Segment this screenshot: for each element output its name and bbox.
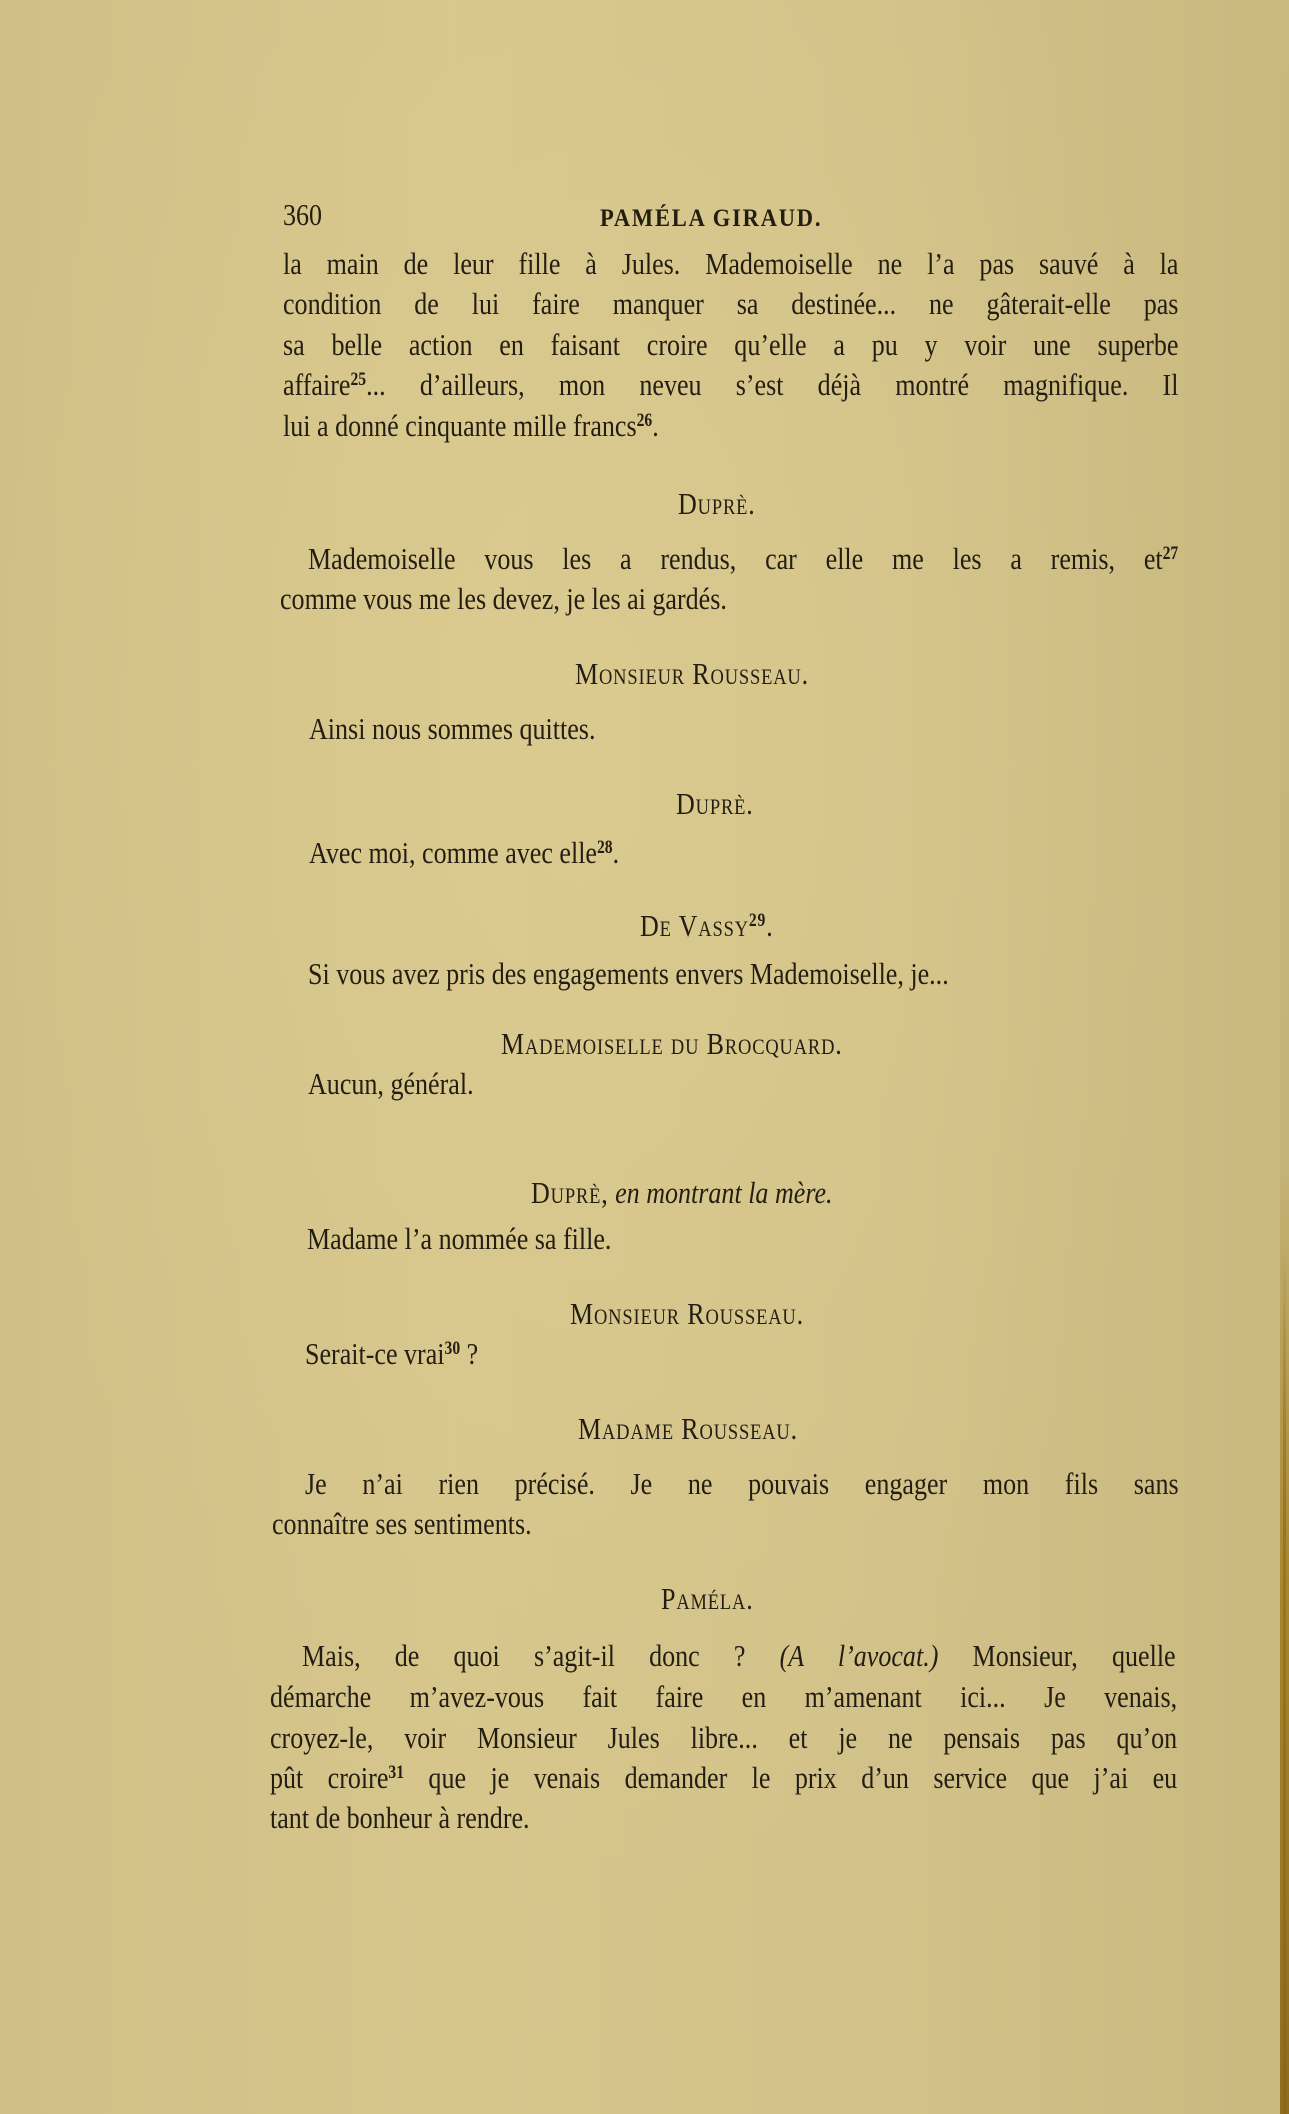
page-edge-line (1283, 1250, 1286, 2114)
speaker-name: Duprè, (531, 1175, 609, 1210)
text-line: croyez-le, voir Monsieur Jules libre... … (270, 1721, 1177, 1755)
text-line: comme vous me les devez, je les ai gardé… (280, 582, 727, 616)
text-line: Ainsi nous sommes quittes. (309, 712, 595, 746)
text-line: Serait-ce vrai30 ? (305, 1337, 478, 1371)
text-line: démarche m’avez-vous fait faire en m’ame… (270, 1680, 1177, 1714)
text-fragment: Serait-ce vrai (305, 1336, 445, 1371)
footnote-ref[interactable]: 30 (445, 1338, 461, 1359)
text-line: pût croire31 que je venais demander le p… (270, 1761, 1177, 1795)
text-fragment: affaire (283, 367, 350, 402)
text-fragment: Mais, de quoi s’agit-il donc ? (302, 1638, 745, 1673)
footnote-ref[interactable]: 26 (637, 410, 653, 431)
text-fragment: ? (460, 1336, 478, 1371)
text-fragment: Monsieur, quelle (973, 1638, 1176, 1673)
text-line: tant de bonheur à rendre. (270, 1801, 530, 1835)
speaker-name: Duprè. (676, 787, 754, 821)
text-fragment: . (652, 408, 659, 443)
text-line: affaire25... d’ailleurs, mon neveu s’est… (283, 368, 1178, 402)
speaker-name: Monsieur Rousseau. (575, 657, 809, 691)
text-line: lui a donné cinquante mille francs26. (283, 409, 659, 443)
text-fragment: ... d’ailleurs, mon neveu s’est déjà mon… (366, 367, 1178, 402)
speaker-name: Madame Rousseau. (578, 1412, 798, 1446)
stage-direction: en montrant la mère. (615, 1175, 832, 1210)
speaker-name: Duprè. (678, 487, 756, 521)
page-number: 360 (283, 198, 322, 232)
text-line: la main de leur fille à Jules. Mademoise… (283, 247, 1178, 281)
text-line: Avec moi, comme avec elle28. (309, 836, 619, 870)
text-fragment: que je venais demander le prix d’un serv… (404, 1760, 1177, 1795)
text-fragment: lui a donné cinquante mille francs (283, 408, 637, 443)
text-line: connaître ses sentiments. (272, 1507, 532, 1541)
text-line: Mademoiselle vous les a rendus, car elle… (308, 542, 1178, 576)
text-line: Je n’ai rien précisé. Je ne pouvais enga… (305, 1467, 1179, 1501)
text-fragment: . (613, 835, 620, 870)
stage-direction: (A l’avocat.) (780, 1638, 939, 1673)
speaker-name: De Vassy29. (640, 909, 774, 943)
speaker-heading: Duprè, en montrant la mère. (531, 1176, 833, 1210)
speaker-name: Monsieur Rousseau. (570, 1297, 804, 1331)
text-line: condition de lui faire manquer sa destin… (283, 287, 1178, 321)
text-fragment: Avec moi, comme avec elle (309, 835, 597, 870)
text-line: Mais, de quoi s’agit-il donc ? (A l’avoc… (302, 1639, 1176, 1673)
text-fragment: pût croire (270, 1760, 388, 1795)
speaker-text: De Vassy (640, 908, 749, 943)
footnote-ref[interactable]: 25 (350, 369, 366, 390)
text-line: Aucun, général. (308, 1067, 474, 1101)
speaker-name: Mademoiselle du Brocquard. (501, 1027, 843, 1061)
footnote-ref[interactable]: 29 (749, 910, 766, 931)
speaker-name: Paméla. (661, 1582, 754, 1616)
text-line: sa belle action en faisant croire qu’ell… (283, 328, 1178, 362)
running-title: PAMÉLA GIRAUD. (600, 202, 822, 236)
text-fragment: Mademoiselle vous les a rendus, car elle… (308, 541, 1163, 576)
speaker-text: . (766, 908, 773, 943)
footnote-ref[interactable]: 31 (388, 1762, 404, 1783)
footnote-ref[interactable]: 27 (1163, 543, 1179, 564)
text-line: Madame l’a nommée sa fille. (307, 1222, 611, 1256)
footnote-ref[interactable]: 28 (597, 837, 613, 858)
text-line: Si vous avez pris des engagements envers… (308, 957, 949, 991)
